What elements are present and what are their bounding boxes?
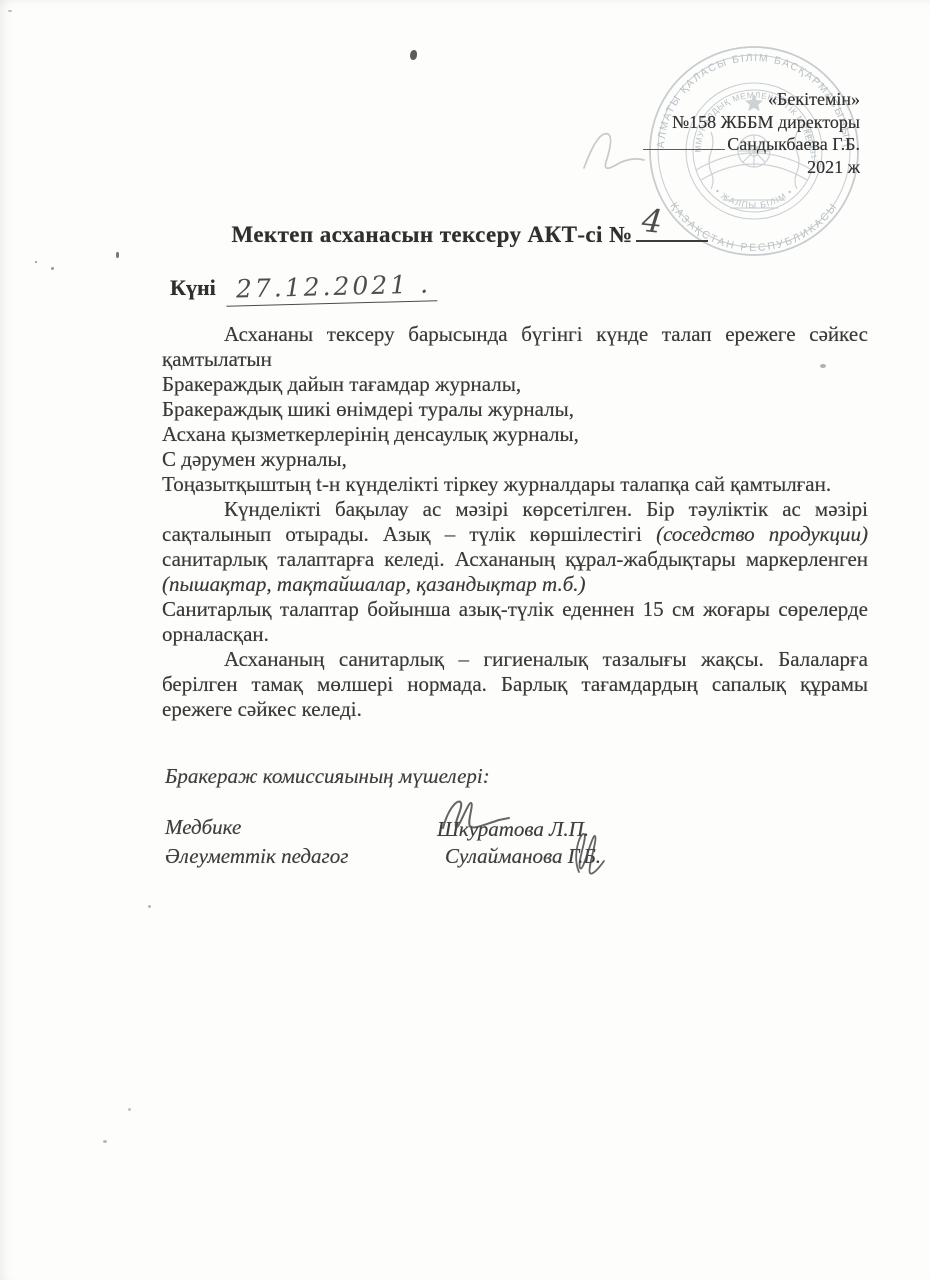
director-name: Сандыкбаева Г.Б. <box>727 134 860 154</box>
signature-nurse <box>437 792 519 840</box>
paragraph-menu-seg3: санитарлық талаптарға келеді. Асхананың … <box>162 547 868 571</box>
stamp-inner-bottom-text: • ЖАЛПЫ БІЛІМ • <box>713 186 795 210</box>
approval-line-approved: «Бекітемін» <box>643 88 860 111</box>
act-number-blank-line: 4 <box>636 236 708 242</box>
member-role: Әлеуметтік педагог <box>165 844 348 868</box>
approval-line-director: №158 ЖББМ директоры <box>643 111 860 134</box>
scan-speck <box>8 10 12 12</box>
paragraph-menu-seg2-italic: (соседство продукции) <box>656 522 868 546</box>
scan-speck <box>148 905 151 908</box>
paragraph-menu-seg4-italic: (пышақтар, тақтайшалар, қазандықтар т.б.… <box>162 572 586 596</box>
paragraph-conclusion: Асхананың санитарлық – гигиеналық тазалы… <box>162 647 868 722</box>
paragraph-intro: Асхананы тексеру барысында бүгінгі күнде… <box>162 322 868 372</box>
signature-pedagog <box>557 826 613 880</box>
handwritten-date: 27.12.2021 . <box>225 269 437 307</box>
checklist-line-1: Бракераждық дайын тағамдар журналы, <box>162 372 868 397</box>
date-line: Күні27.12.2021 . <box>170 272 437 304</box>
svg-text:• ЖАЛПЫ БІЛІМ •: • ЖАЛПЫ БІЛІМ • <box>713 186 795 210</box>
paragraph-sanitary: Санитарлық талаптар бойынша азық-түлік е… <box>162 597 868 647</box>
scan-speck <box>35 261 37 263</box>
handwritten-act-number: 4 <box>641 201 665 241</box>
approval-line-year: 2021 ж <box>643 156 860 179</box>
scan-speck <box>128 1108 131 1111</box>
checklist-line-2: Бракераждық шикі өнімдері туралы журналы… <box>162 397 868 422</box>
scan-speck <box>116 252 119 258</box>
document-page: АЛМАТЫ ҚАЛАСЫ БІЛІМ БАСҚАРМАСЫНЫҢ ҚАЗАҚС… <box>0 0 930 1280</box>
checklist-line-3: Асхана қызметкерлерінің денсаулық журнал… <box>162 422 868 447</box>
scan-speck <box>410 50 417 60</box>
approval-line-name: Сандыкбаева Г.Б. <box>643 133 860 156</box>
document-body: Асхананы тексеру барысында бүгінгі күнде… <box>162 322 868 722</box>
member-role: Медбике <box>165 815 241 839</box>
commission-member-row: Әлеуметтік педагог Сулайманова Г.Б. <box>165 844 725 873</box>
checklist-line-5: Тоңазытқыштың t-н күнделікті тіркеу журн… <box>162 472 868 497</box>
commission-section: Бракераж комиссияының мүшелері: Медбике … <box>165 764 725 873</box>
paragraph-menu: Күнделікті бақылау ас мәзірі көрсетілген… <box>162 497 868 597</box>
title-text: Мектеп асханасын тексеру АКТ-сі № <box>232 222 633 247</box>
commission-heading: Бракераж комиссияының мүшелері: <box>165 764 725 789</box>
checklist-line-4: С дәрумен журналы, <box>162 447 868 472</box>
approval-block: «Бекітемін» №158 ЖББМ директоры Сандыкба… <box>643 88 860 178</box>
document-title: Мектеп асханасын тексеру АКТ-сі №4 <box>140 222 800 248</box>
scan-speck <box>103 1140 107 1143</box>
date-label: Күні <box>170 275 216 300</box>
signature-blank-line <box>643 135 725 150</box>
scan-speck <box>51 267 54 270</box>
